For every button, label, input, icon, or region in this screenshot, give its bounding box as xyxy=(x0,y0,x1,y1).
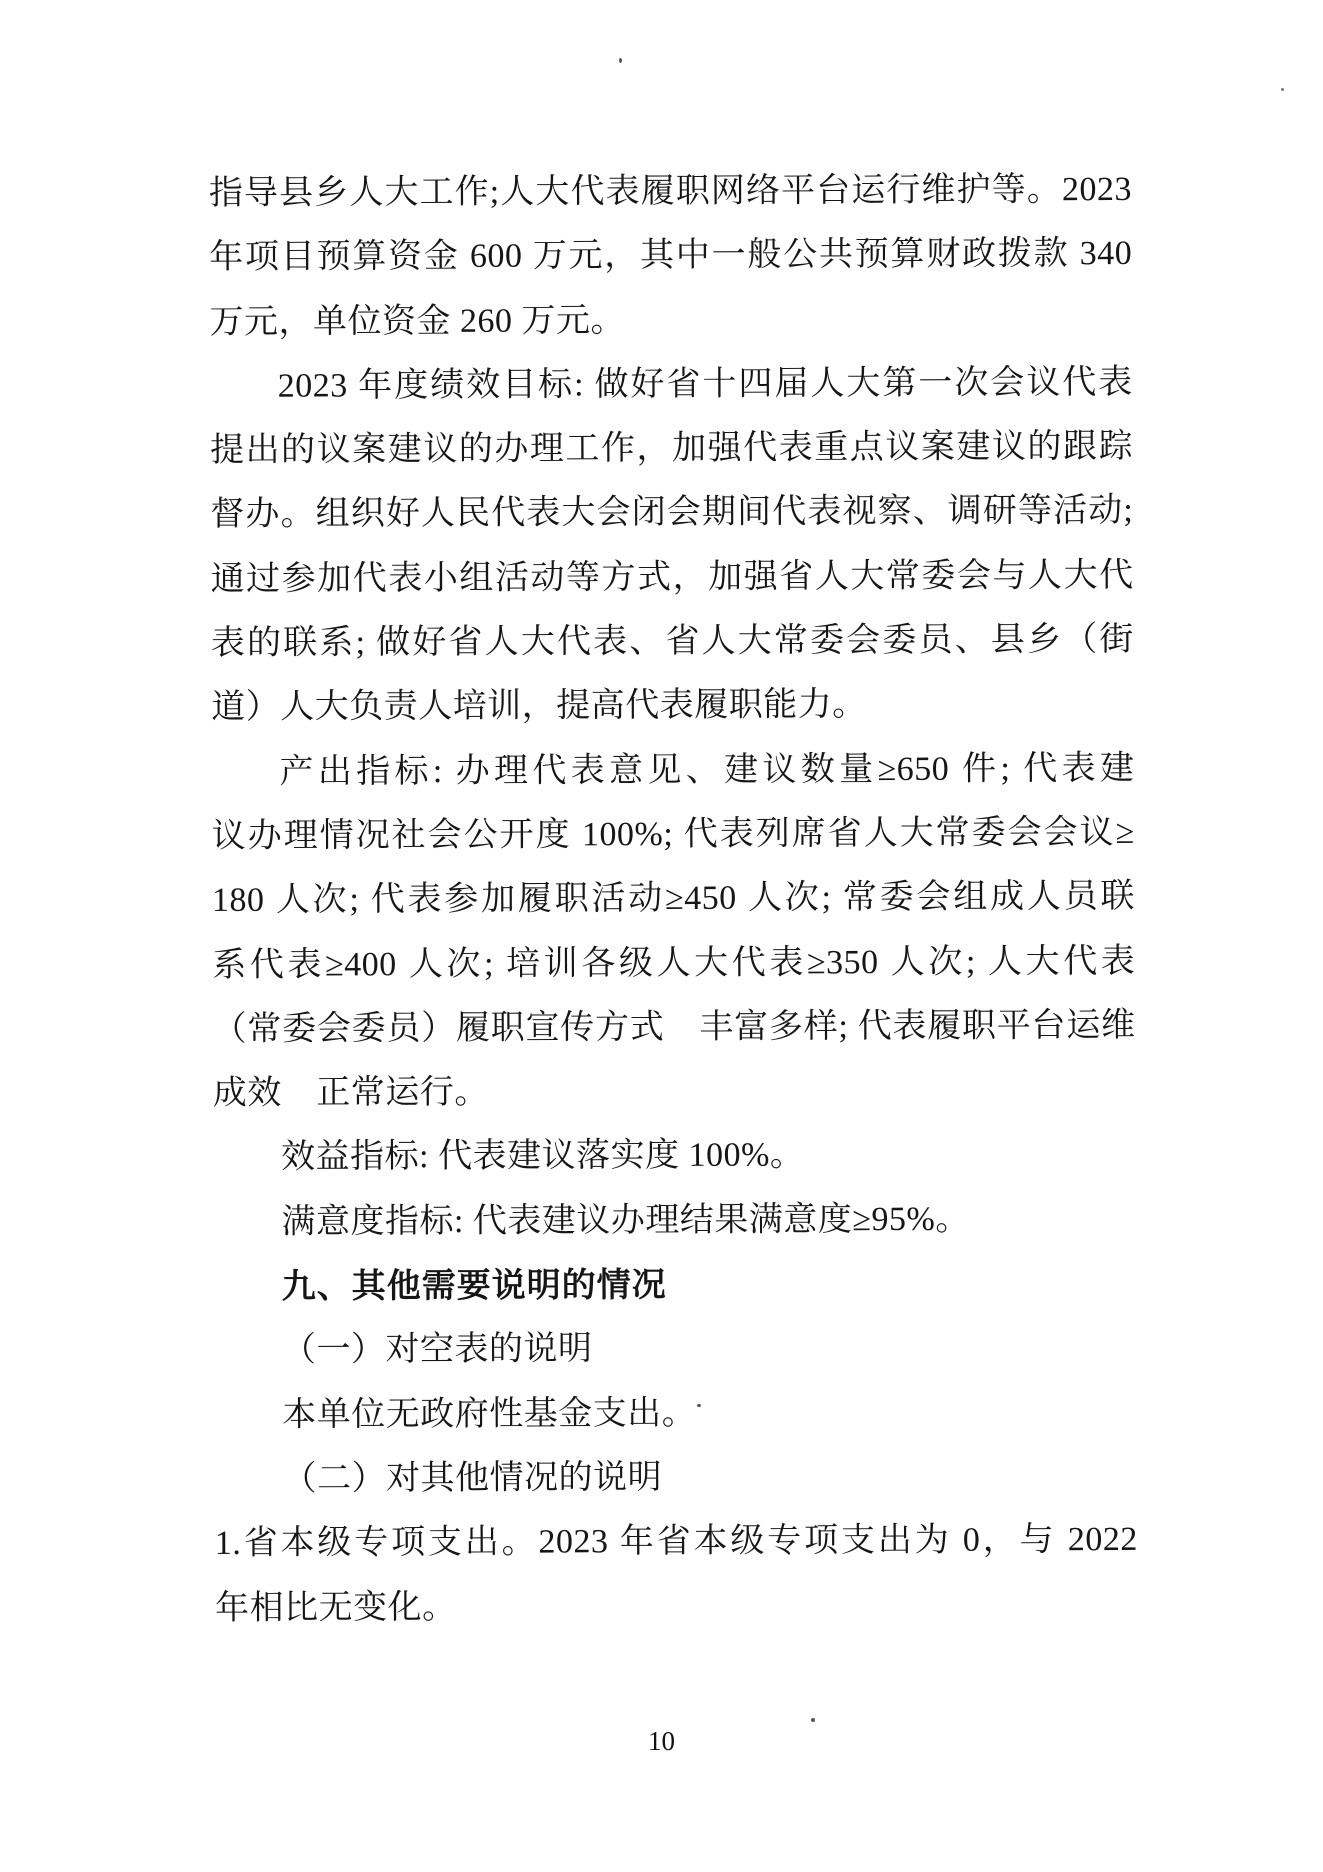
text-line: （二）对其他情况的说明 xyxy=(214,1444,1137,1512)
document-page: 指导县乡人大工作;人大代表履职网络平台运行维护等。2023年项目预算资金 600… xyxy=(0,0,1323,1872)
text-line: 表的联系; 做好省人大代表、省人大常委会委员、县乡（街 xyxy=(211,608,1134,676)
text-line: 产出指标: 办理代表意见、建议数量≥650 件; 代表建 xyxy=(211,737,1134,805)
document-body: 指导县乡人大工作;人大代表履职网络平台运行维护等。2023年项目预算资金 600… xyxy=(209,158,1138,1641)
text-line: 道）人大负责人培训，提高代表履职能力。 xyxy=(211,672,1134,740)
text-line: 通过参加代表小组活动等方式，加强省人大常委会与人大代 xyxy=(210,544,1133,612)
text-line: （一）对空表的说明 xyxy=(214,1315,1137,1383)
text-line: （常委会委员）履职宣传方式 丰富多样; 代表履职平台运维 xyxy=(212,994,1135,1062)
text-line: 2023 年度绩效目标: 做好省十四届人大第一次会议代表 xyxy=(210,351,1133,419)
text-line: 指导县乡人大工作;人大代表履职网络平台运行维护等。2023 xyxy=(209,158,1132,226)
page-number: 10 xyxy=(0,1726,1323,1756)
text-line: 万元，单位资金 260 万元。 xyxy=(209,287,1132,355)
text-line: 年项目预算资金 600 万元，其中一般公共预算财政拨款 340 xyxy=(209,222,1132,290)
text-line: 督办。组织好人民代表大会闭会期间代表视察、调研等活动; xyxy=(210,479,1133,547)
text-line: 年相比无变化。 xyxy=(215,1572,1138,1640)
text-line: 提出的议案建议的办理工作，加强代表重点议案建议的跟踪 xyxy=(210,415,1133,483)
text-line: 议办理情况社会公开度 100%; 代表列席省人大常委会会议≥ xyxy=(212,801,1135,869)
text-line: 系代表≥400 人次; 培训各级人大代表≥350 人次; 人大代表 xyxy=(212,930,1135,998)
text-line: 成效 正常运行。 xyxy=(213,1058,1136,1126)
text-line: 效益指标: 代表建议落实度 100%。 xyxy=(213,1122,1136,1190)
text-line: 1.省本级专项支出。2023 年省本级专项支出为 0，与 2022 xyxy=(215,1508,1138,1576)
text-line: 180 人次; 代表参加履职活动≥450 人次; 常委会组成人员联 xyxy=(212,865,1135,933)
scan-artifact-dot xyxy=(1281,88,1284,91)
text-line: 本单位无政府性基金支出。 xyxy=(214,1380,1137,1448)
text-line: 满意度指标: 代表建议办理结果满意度≥95%。 xyxy=(213,1187,1136,1255)
section-heading: 九、其他需要说明的情况 xyxy=(214,1251,1137,1319)
scan-artifact-dot xyxy=(619,58,622,63)
scan-artifact-dot xyxy=(811,1718,815,1722)
